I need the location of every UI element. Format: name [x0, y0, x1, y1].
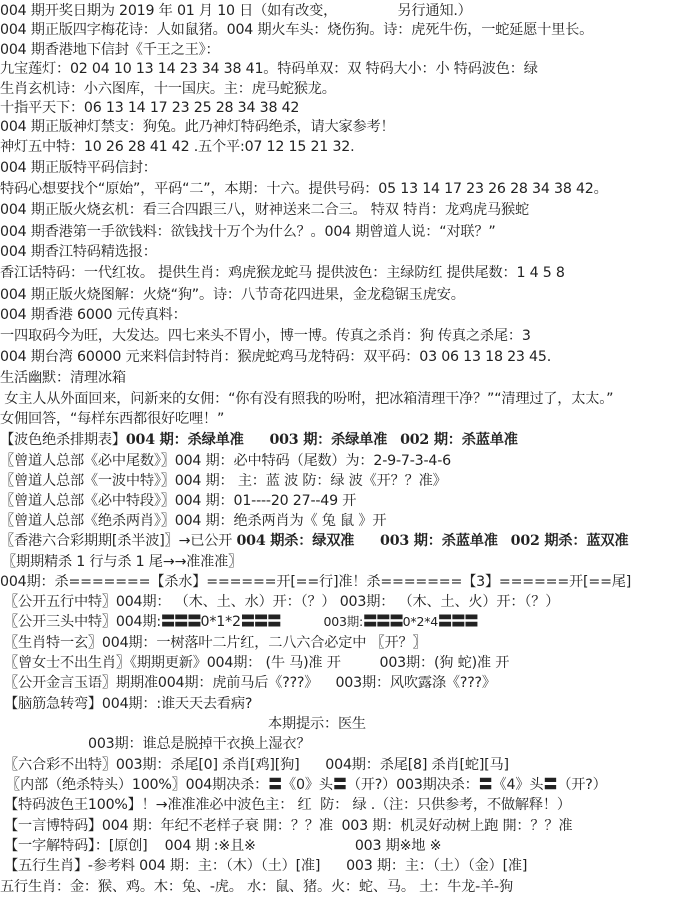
text-line: 〖生肖特一玄〗004期：一树落叶二片红，二八六合必定中 〖开？〗: [4, 633, 426, 653]
text-line: 004 期正版四字梅花诗：人如鼠猪。004 期火车头：烧伤狗。诗：虎死牛伤，一蛇…: [0, 20, 593, 40]
text-line: 一四取码今为旺，大发达。四七来头不胃小，博一博。传真之杀肖：狗 传真之杀尾：3: [0, 326, 531, 346]
text-line: 004 期正版火烧图解：火烧“狗”。诗：八节奇花四进果，金龙稳锯玉虎安。: [0, 285, 465, 305]
text-line: 004 期台湾 60000 元来料信封特肖：猴虎蛇鸡马龙特码：双平码：03 06…: [0, 347, 551, 367]
text-line: 【一言博特码】004 期：年纪不老样子衰 開：？？准 003 期：机灵好动树上跑…: [4, 816, 572, 836]
zeng-line: 〖曾道人总部《必中特段》〗004 期：01----20 27--49 开: [0, 491, 356, 511]
wave-kill-row: 【波色绝杀排期表】004 期：杀绿单准 003 期：杀绿单准 002 期：杀蓝单…: [0, 430, 518, 450]
text-line: 特码心想要找个“原始”，平码“二”，本期：十六。提供号码：05 13 14 17…: [0, 179, 608, 199]
text-line: 004 期正版神灯禁支：狗兔。此乃神灯特码绝杀，请大家参考！: [0, 117, 394, 137]
zeng-line: 〖曾道人总部《绝杀两肖》〗004 期：绝杀两肖为《 兔 鼠 》开: [0, 511, 386, 531]
text-line: 004 期香江特码精选报：: [0, 242, 157, 262]
period-label: 003期:: [324, 614, 364, 629]
text-line: 【脑筋急转弯】004期：:谁天天去看病?: [4, 694, 252, 714]
text-line: 十指平天下：06 13 14 17 23 25 28 34 38 42: [0, 98, 299, 118]
sante-row: 〖公开三头中特〗004期:〓〓〓0*1*2〓〓〓 003期:〓〓〓0*2*4〓〓…: [4, 612, 478, 632]
text-line: 香江话特码：一代红妆。 提供生肖：鸡虎猴龙蛇马 提供波色：主绿防红 提供尾数：1…: [0, 263, 565, 283]
text-line: 004 期香港第一手欲钱料：欲钱找十万个为什么？。004 期曾道人说：“对联？”: [0, 222, 496, 242]
riddle-hint: 本期提示：医生: [268, 714, 366, 734]
text-line: 〖曾女士不出生肖〗《期期更新》004期： (牛 马)准 开 003期：(狗 蛇)…: [4, 653, 509, 673]
text-line: 004期：杀=======【杀水】======开[==行]准！杀=======【…: [0, 572, 631, 592]
text-line: 女佣回答，“每样东西都很好吃哩！”: [0, 409, 224, 429]
value: 0*1*2: [201, 614, 241, 630]
text-line: 004 期香港地下信封《千王之王》：: [0, 40, 220, 60]
text-line: 〖六合彩不出特〗003期：杀尾[0] 杀肖[鸡][狗] 004期：杀尾[8] 杀…: [4, 755, 509, 775]
bar-glyphs: 〓〓〓: [363, 614, 403, 630]
text-line: 神灯五中特：10 26 28 41 42 .五个平:07 12 15 21 32…: [0, 137, 354, 157]
bar-glyphs: 〓〓〓: [241, 614, 281, 630]
zeng-line: 〖曾道人总部《必中尾数》〗004 期：必中特码（尾数）为：2-9-7-3-4-6: [0, 451, 451, 471]
row-label: 〖香港六合彩期期[杀半波]〗→已公开: [0, 533, 236, 549]
text-line: 004 期正版火烧玄机：看三合四跟三八，财神送来二合三。 特双 特肖：龙鸡虎马猴…: [0, 200, 529, 220]
half-wave-row: 〖香港六合彩期期[杀半波]〗→已公开 004 期杀：绿双准 003 期：杀蓝单准…: [0, 531, 628, 551]
text-line: 004 期正版特平码信封：: [0, 158, 157, 178]
text-line: 【一字解特码】：[原创] 004 期 :※且※ 003 期※地 ※: [4, 836, 441, 856]
value: 0*2*4: [403, 614, 438, 629]
bold-value: 003 期：杀绿单准: [269, 432, 387, 448]
text-line: 生活幽默：清理冰箱: [0, 368, 126, 388]
text-line: 〖内部（绝杀特头）100%〗004期决杀：〓《0》头〓（开?）003期决杀：〓《…: [6, 775, 607, 795]
text-line: 〖期期精杀 1 行与杀 1 尾→→准准准〗: [2, 552, 242, 572]
text-line: 九宝莲灯：02 04 10 13 14 23 34 38 41。特码单双：双 特…: [0, 59, 538, 79]
bold-value: 003 期：杀蓝单准: [380, 533, 498, 549]
text-line: 【五行生肖】-参考料 004 期：主：（木）（土）[准] 003 期：主：（土）…: [4, 856, 527, 876]
riddle-prev: 003期：谁总是脱掉干衣换上湿衣？: [88, 734, 310, 754]
text-line: 004 期香港 6000 元传真料：: [0, 305, 187, 325]
text-line: 生肖玄机诗：小六图库，十一国庆。主：虎马蛇猴龙。: [0, 79, 336, 99]
text-line: 五行生肖：金：猴、鸡。木：兔、-虎。 水：鼠、猪。火：蛇、马。 土：牛龙-羊-狗: [0, 877, 513, 897]
row-label: 〖公开三头中特〗004期:: [4, 614, 161, 630]
bold-value: 002 期杀：蓝双准: [511, 533, 629, 549]
text-line: 女主人从外面回来，问新来的女佣：“你有没有照我的吩咐，把冰箱清理干净？”“清理过…: [0, 389, 613, 409]
zeng-line: 〖曾道人总部《一波中特》〗004 期： 主：蓝 波 防：绿 波《开？？准》: [0, 471, 447, 491]
bar-glyphs: 〓〓〓: [161, 614, 201, 630]
bold-value: 002 期：杀蓝单准: [400, 432, 518, 448]
bar-glyphs: 〓〓〓: [438, 614, 478, 630]
bold-value: 004 期：杀绿单准: [126, 432, 244, 448]
text-line: 〖公开五行中特〗004期： （木、土、水）开：（？） 003期： （木、土、火）…: [4, 592, 559, 612]
row-label: 【波色绝杀排期表】: [0, 432, 126, 448]
text-line: 004 期开奖日期为 2019 年 01 月 10 日（如有改变， 另行通知.）: [0, 1, 472, 21]
text-line: 〖公开金言玉语〗期期准004期：虎前马后《???》 003期：风吹露涤《???》: [4, 673, 496, 693]
bold-value: 004 期杀：绿双准: [236, 533, 354, 549]
text-line: 【特码波色王100%】！→准准准必中波色主： 红 防： 绿 .（注：只供参考，不…: [4, 795, 571, 815]
